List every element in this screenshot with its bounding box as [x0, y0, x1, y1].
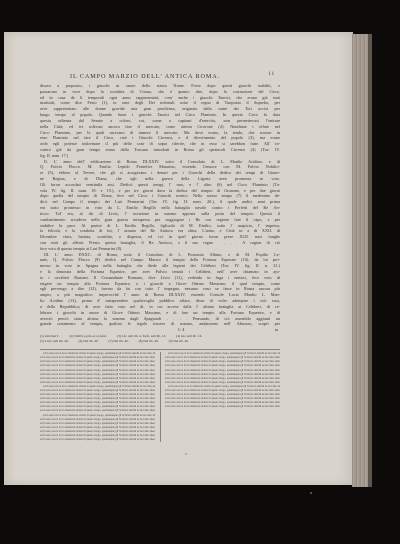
footnote-line: ed in esso non si trova memoria alcuna d…	[40, 409, 155, 413]
footnote-separator	[40, 349, 280, 350]
footnote-line: ed in esso non si trova memoria alcuna d…	[40, 364, 155, 368]
column-divider	[160, 352, 161, 442]
text-line: combattimento accadeva nella gran guerra…	[40, 217, 280, 223]
short-note: (9) Nel lib. 40.	[169, 339, 189, 344]
body-text: disava a proposito, i giuochi in onore d…	[40, 83, 280, 327]
text-line: to i cavalieri Romani. Il Comandante Rom…	[40, 275, 280, 281]
short-note: (7) Nel lib. 40.	[109, 339, 129, 344]
footnotes-right-column: ed in esso non si trova memoria alcuna d…	[165, 352, 280, 442]
short-notes-row: (5) Livio nell lib. 40.(6) Nel lib. 40.(…	[40, 339, 280, 344]
footnote-line: ed in esso non si trova memoria alcuna d…	[165, 369, 280, 373]
paper-spot	[310, 492, 312, 494]
footnotes: ed in esso non si trova memoria alcuna d…	[40, 352, 280, 442]
footnote-line: ed in esso non si trova memoria alcuna d…	[40, 369, 155, 373]
text-block: IL CAMPO MARZIO DELL' ANTICA ROMA. 11 di…	[40, 72, 280, 442]
footnote-line: ed in esso non si trova memoria alcuna d…	[40, 438, 155, 442]
text-line: e la dimostra della Fortuna Equestre, pe…	[40, 269, 280, 275]
text-line: questa udienza dal Senato a coloro, cui,…	[40, 118, 280, 124]
short-note: (8) Nel lib. 40.	[139, 339, 159, 344]
short-note: (5) Livio nell lib. 40.	[40, 339, 68, 344]
running-head: IL CAMPO MARZIO DELL' ANTICA ROMA. 11	[40, 72, 280, 81]
running-head-title: IL CAMPO MARZIO DELL' ANTICA ROMA.	[70, 73, 220, 80]
text-line: ne Regina, e di Diana, che egli nella gu…	[40, 176, 280, 182]
page-number: 11	[268, 72, 275, 77]
text-line: disava a proposito, i giuochi in onore d…	[40, 83, 280, 89]
paper-spot	[185, 453, 187, 455]
footnotes-left-column: ed in esso non si trova memoria alcuna d…	[40, 352, 155, 442]
text-line: lebrare i giuochi in onore di Giove Otti…	[40, 310, 280, 316]
text-line: Gli furon accordati ventimila assi. Dedi…	[40, 182, 280, 188]
text-line: a della Repubblica; di aver fatto voto n…	[40, 304, 280, 310]
book-cover-edge	[368, 34, 372, 487]
signature-row: C 4 ia	[40, 327, 280, 333]
text-line: con tutti gli alleati. Presto questa bat…	[40, 240, 280, 246]
printer-signature: C 4	[178, 327, 184, 332]
text-line: passarono in voce dopo la sconfitta di C…	[40, 89, 280, 95]
short-note: (6) Nel lib. 40.	[78, 339, 98, 344]
text-line: contro già da gran tempo erano dalla Tos…	[40, 147, 280, 153]
footnote-line: ed in esso non si trova memoria alcuna d…	[165, 364, 280, 368]
text-line: tioco. Tal' era, al dir di Livio, l' isc…	[40, 211, 280, 217]
catchword: ia	[275, 327, 278, 332]
footnote-line: ed in esso non si trova memoria alcuna d…	[165, 405, 280, 409]
short-notes: (1) Alis hist T.(2) Neill'a p ptis ex al…	[40, 334, 280, 343]
text-line: nella Città; ed ivi solevasi ancora fare…	[40, 124, 280, 130]
